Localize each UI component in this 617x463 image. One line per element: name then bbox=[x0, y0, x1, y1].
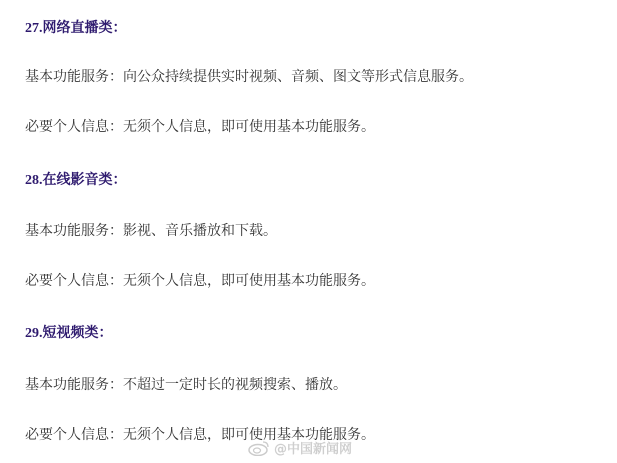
required-info-text-28: 必要个人信息：无须个人信息，即可使用基本功能服务。 bbox=[25, 272, 375, 290]
section-heading-28: 28.在线影音类： bbox=[25, 171, 127, 190]
section-number: 28. bbox=[25, 173, 43, 188]
section-heading-29: 29.短视频类： bbox=[25, 324, 113, 343]
section-heading-27: 27.网络直播类： bbox=[25, 19, 127, 38]
section-number: 27. bbox=[25, 21, 43, 36]
weibo-icon bbox=[248, 440, 270, 456]
basic-service-text-29: 基本功能服务：不超过一定时长的视频搜索、播放。 bbox=[25, 376, 347, 394]
section-title: 网络直播类： bbox=[43, 20, 127, 36]
basic-service-text-28: 基本功能服务：影视、音乐播放和下载。 bbox=[25, 222, 277, 240]
section-title: 在线影音类： bbox=[43, 172, 127, 188]
section-number: 29. bbox=[25, 326, 43, 341]
required-info-text-27: 必要个人信息：无须个人信息，即可使用基本功能服务。 bbox=[25, 118, 375, 136]
watermark-text: @中国新闻网 bbox=[274, 438, 352, 457]
basic-service-text-27: 基本功能服务：向公众持续提供实时视频、音频、图文等形式信息服务。 bbox=[25, 68, 473, 86]
section-title: 短视频类： bbox=[43, 325, 113, 341]
watermark: @中国新闻网 bbox=[248, 438, 352, 457]
